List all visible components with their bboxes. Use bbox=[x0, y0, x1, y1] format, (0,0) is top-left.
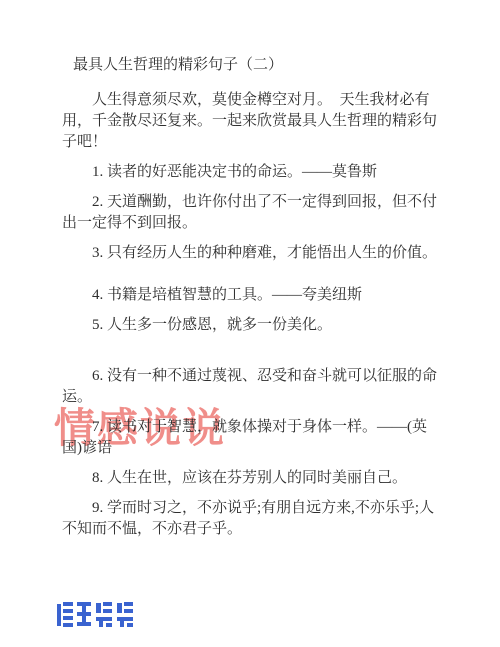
quote-item-5: 5. 人生多一份感恩，就多一份美化。 bbox=[62, 315, 440, 336]
page-title: 最具人生哲理的精彩句子（二） bbox=[73, 54, 440, 76]
footer-logo bbox=[56, 600, 134, 637]
quote-item-4: 4. 书籍是培植智慧的工具。——夸美纽斯 bbox=[62, 285, 440, 306]
quote-item-7: 7. 读书对于智慧，就象体操对于身体一样。——(英国)谚语 bbox=[62, 417, 440, 459]
intro-paragraph: 人生得意须尽欢，莫使金樽空对月。 天生我材必有用，千金散尽还复来。一起来欣赏最具… bbox=[62, 90, 440, 153]
quote-item-1: 1. 读者的好恶能决定书的命运。——莫鲁斯 bbox=[62, 162, 440, 183]
quote-item-6: 6. 没有一种不通过蔑视、忍受和奋斗就可以征服的命运。 bbox=[62, 366, 440, 408]
quote-item-9: 9. 学而时习之，不亦说乎;有朋自远方来,不亦乐乎;人不知而不愠，不亦君子乎。 bbox=[62, 498, 440, 540]
document-page: 情感说说 最具人生哲理的精彩句子（二） 人生得意须尽欢，莫使金樽空对月。 天生我… bbox=[0, 0, 500, 647]
quote-item-3: 3. 只有经历人生的种种磨难，才能悟出人生的价值。 bbox=[62, 243, 440, 264]
footer-logo-pixel-mosaic-icon bbox=[56, 600, 134, 632]
quote-item-8: 8. 人生在世，应该在芬芳别人的同时美丽自己。 bbox=[62, 468, 440, 489]
quote-item-2: 2. 天道酬勤，也许你付出了不一定得到回报，但不付出一定得不到回报。 bbox=[62, 192, 440, 234]
document-content: 最具人生哲理的精彩句子（二） 人生得意须尽欢，莫使金樽空对月。 天生我材必有用，… bbox=[62, 54, 440, 549]
